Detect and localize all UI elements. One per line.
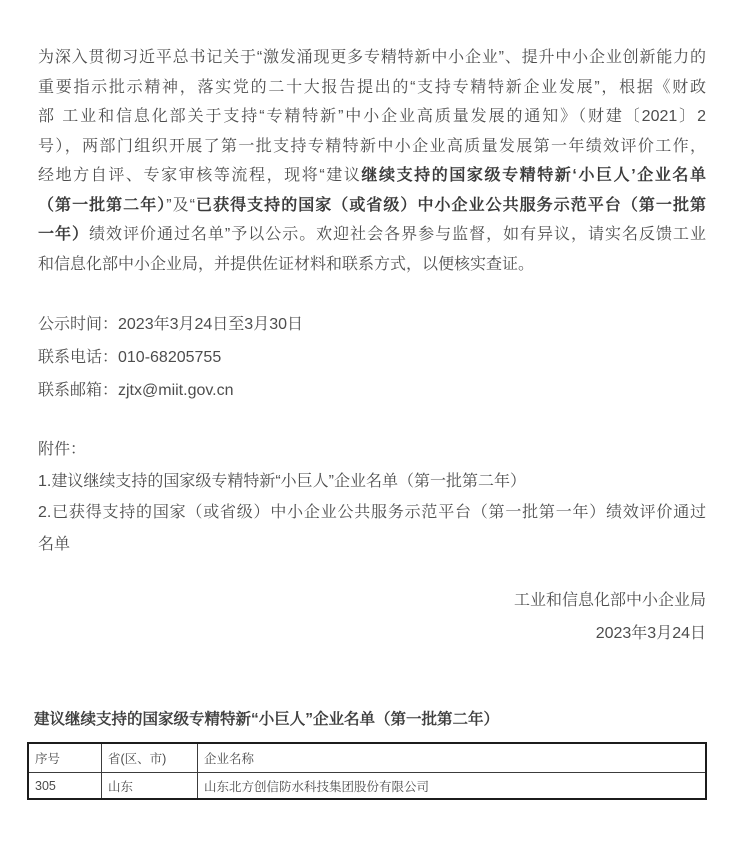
attachments-label: 附件： (38, 434, 706, 466)
table-cell: 山东 (102, 773, 198, 800)
bold-text: （第一批第二年） (38, 197, 166, 214)
text-line: 经地方自评、专家审核等流程，现将“建议继续支持的国家级专精特新‘小巨人’企业名单 (38, 161, 706, 191)
contact-phone: 联系电话：010-68205755 (38, 341, 706, 374)
signature-date: 2023年3月24日 (38, 617, 706, 650)
regular-text: 号），两部门组织开展了第一批支持专精特新中小企业高质量发展第一年绩效评价工作， (38, 138, 706, 155)
regular-text: 部 工业和信息化部关于支持“专精特新”中小企业高质量发展的通知》（财建〔2021… (38, 108, 706, 125)
attachment-item-1: 1.建议继续支持的国家级专精特新“小巨人”企业名单（第一批第二年） (38, 466, 706, 498)
attachments-block: 附件： 1.建议继续支持的国家级专精特新“小巨人”企业名单（第一批第二年） 2.… (38, 434, 706, 560)
table-header-cell: 企业名称 (198, 743, 707, 773)
regular-text: 为深入贯彻习近平总书记关于“激发涌现更多专精特新中小企业”、提升中小企业创新能力… (38, 49, 706, 66)
contact-block: 公示时间：2023年3月24日至3月30日 联系电话：010-68205755 … (38, 308, 706, 407)
enterprise-table: 序号省(区、市)企业名称305山东山东北方创信防水科技集团股份有限公司 (27, 742, 707, 800)
text-line: 部 工业和信息化部关于支持“专精特新”中小企业高质量发展的通知》（财建〔2021… (38, 102, 706, 132)
attachment-item-2-line-1: 2.已获得支持的国家（或省级）中小企业公共服务示范平台（第一批第一年）绩效评价通… (38, 497, 706, 529)
signature-block: 工业和信息化部中小企业局 2023年3月24日 (38, 584, 706, 650)
bold-text: 继续支持的国家级专精特新‘小巨人’企业名单 (361, 167, 706, 184)
table-header-cell: 序号 (28, 743, 102, 773)
table-cell: 山东北方创信防水科技集团股份有限公司 (198, 773, 707, 800)
notice-paragraph: 为深入贯彻习近平总书记关于“激发涌现更多专精特新中小企业”、提升中小企业创新能力… (38, 43, 706, 279)
regular-text: 绩效评价通过名单”予以公示。欢迎社会各界参与监督，如有异议，请实名反馈工业 (89, 226, 706, 243)
bold-text: 一年） (38, 226, 89, 243)
table-header-cell: 省(区、市) (102, 743, 198, 773)
text-line: 一年）绩效评价通过名单”予以公示。欢迎社会各界参与监督，如有异议，请实名反馈工业 (38, 220, 706, 250)
text-line: 号），两部门组织开展了第一批支持专精特新中小企业高质量发展第一年绩效评价工作， (38, 132, 706, 162)
text-line: 为深入贯彻习近平总书记关于“激发涌现更多专精特新中小企业”、提升中小企业创新能力… (38, 43, 706, 73)
regular-text: ”及“ (166, 197, 195, 214)
regular-text: 和信息化部中小企业局，并提供佐证材料和联系方式，以便核实查证。 (38, 256, 534, 273)
attachment-item-2-line-2: 名单 (38, 529, 706, 561)
contact-email: 联系邮箱：zjtx@miit.gov.cn (38, 374, 706, 407)
table-title: 建议继续支持的国家级专精特新“小巨人”企业名单（第一批第二年） (34, 710, 706, 730)
text-line: 重要指示批示精神，落实党的二十大报告提出的“支持专精特新企业发展”，根据《财政 (38, 73, 706, 103)
notice-document: 为深入贯彻习近平总书记关于“激发涌现更多专精特新中小企业”、提升中小企业创新能力… (0, 0, 736, 800)
table-row: 305山东山东北方创信防水科技集团股份有限公司 (28, 773, 706, 800)
text-line: 和信息化部中小企业局，并提供佐证材料和联系方式，以便核实查证。 (38, 250, 706, 280)
bold-text: 已获得支持的国家（或省级）中小企业公共服务示范平台（第一批第 (195, 197, 706, 214)
signature-issuer: 工业和信息化部中小企业局 (38, 584, 706, 617)
table-header-row: 序号省(区、市)企业名称 (28, 743, 706, 773)
table-cell: 305 (28, 773, 102, 800)
regular-text: 重要指示批示精神，落实党的二十大报告提出的“支持专精特新企业发展”，根据《财政 (38, 79, 706, 96)
regular-text: 经地方自评、专家审核等流程，现将“建议 (38, 167, 361, 184)
publicity-period: 公示时间：2023年3月24日至3月30日 (38, 308, 706, 341)
text-line: （第一批第二年）”及“已获得支持的国家（或省级）中小企业公共服务示范平台（第一批… (38, 191, 706, 221)
